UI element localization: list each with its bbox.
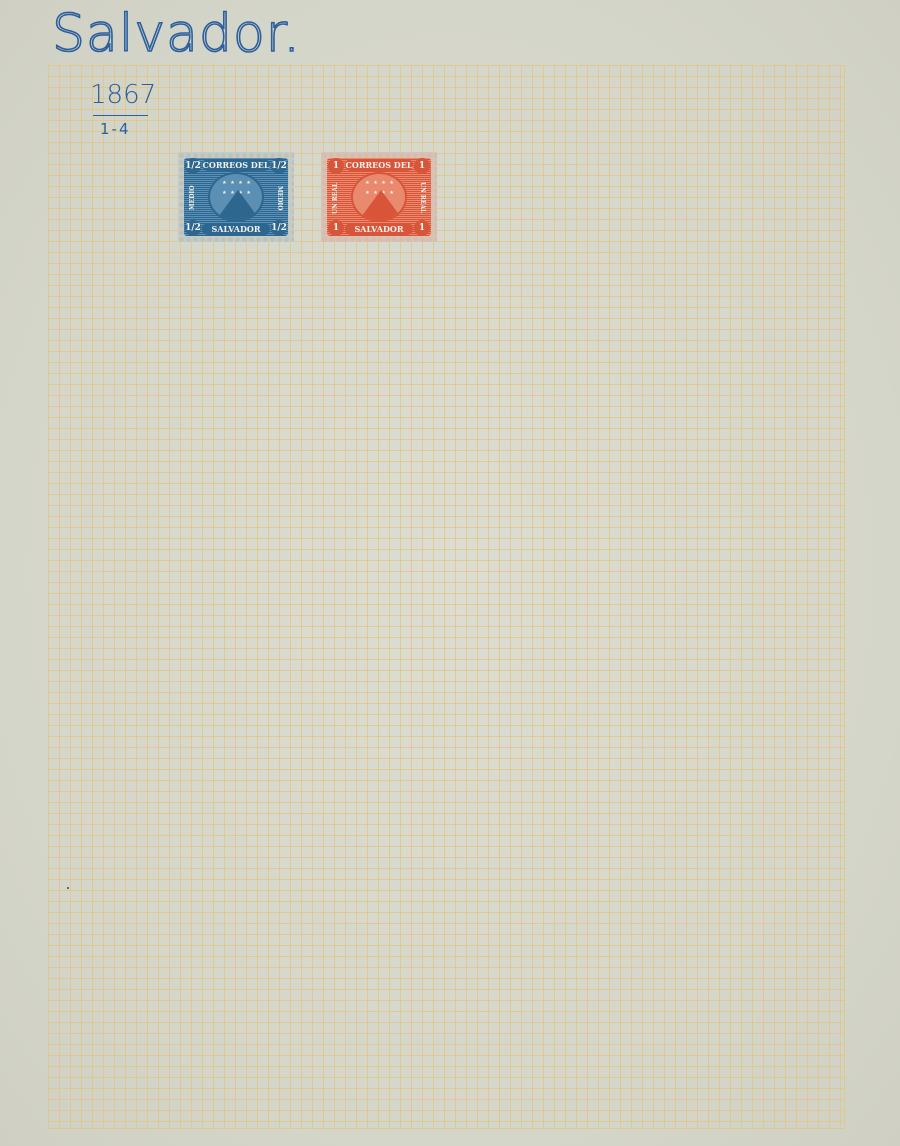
year-underline (93, 115, 148, 116)
country-title: Salvador. (52, 8, 301, 60)
stars-icon: ★ ★ ★ ★ ★ ★ ★ ★ (363, 178, 397, 188)
stamp-top-inscription: CORREOS DEL (202, 159, 270, 171)
paper-speck (67, 887, 69, 889)
stamp-side-inscription-left: UN REAL (331, 176, 341, 220)
denomination-corner: 1/2 (185, 158, 201, 174)
volcano-icon (359, 190, 403, 220)
denomination-corner: 1 (414, 158, 430, 174)
stamp-bottom-inscription: SALVADOR (202, 223, 270, 235)
catalog-range: 1-4 (100, 120, 131, 138)
denomination-corner: 1/2 (185, 220, 201, 236)
stamp-central-oval: ★ ★ ★ ★ ★ ★ ★ ★ (208, 172, 264, 222)
graph-paper-grid (48, 65, 845, 1129)
stamp-side-inscription-right: UN REAL (417, 176, 427, 220)
stamp-top-inscription: CORREOS DEL (345, 159, 413, 171)
stamp-design: CORREOS DEL UN REAL UN REAL ★ ★ ★ ★ ★ ★ … (327, 158, 431, 236)
denomination-corner: 1 (328, 158, 344, 174)
stamp-one-real-red[interactable]: CORREOS DEL UN REAL UN REAL ★ ★ ★ ★ ★ ★ … (321, 152, 437, 242)
stamp-half-real-blue[interactable]: CORREOS DEL MEDIO REAL MEDIO REAL ★ ★ ★ … (178, 152, 294, 242)
denomination-corner: 1 (328, 220, 344, 236)
denomination-corner: 1/2 (271, 220, 287, 236)
volcano-icon (216, 190, 260, 220)
stars-icon: ★ ★ ★ ★ ★ ★ ★ ★ (220, 178, 254, 188)
stamp-side-inscription-right: MEDIO REAL (274, 176, 284, 220)
stamp-side-inscription-left: MEDIO REAL (188, 176, 198, 220)
stamp-central-oval: ★ ★ ★ ★ ★ ★ ★ ★ (351, 172, 407, 222)
album-page: Salvador. 1867 1-4 CORREOS DEL MEDIO REA… (0, 0, 900, 1146)
issue-year: 1867 (90, 82, 156, 108)
denomination-corner: 1 (414, 220, 430, 236)
stamp-bottom-inscription: SALVADOR (345, 223, 413, 235)
denomination-corner: 1/2 (271, 158, 287, 174)
stamp-design: CORREOS DEL MEDIO REAL MEDIO REAL ★ ★ ★ … (184, 158, 288, 236)
